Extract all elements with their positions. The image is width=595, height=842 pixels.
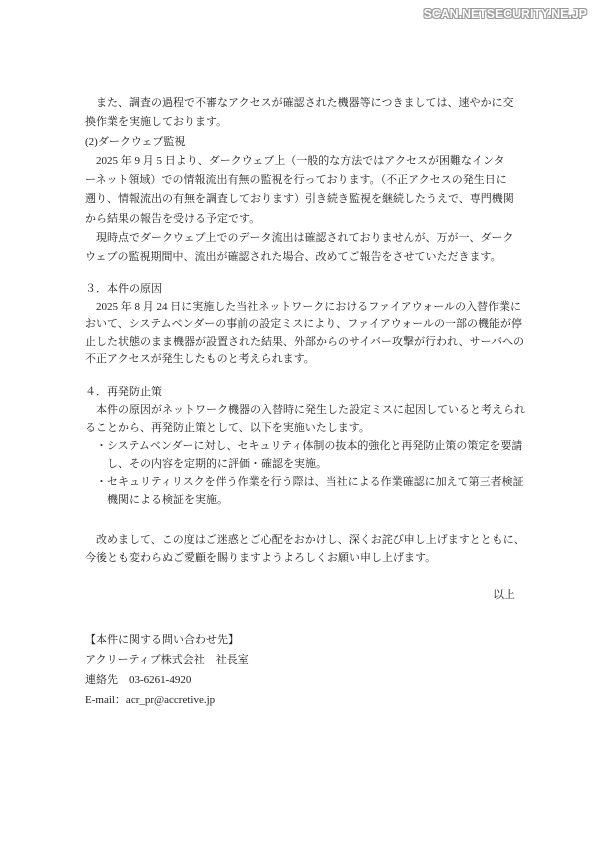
text-line: 遡り、情報流出の有無を調査しております）引き続き監視を継続したうえで、専門機関 [85,190,525,209]
text-line: 連絡先 03-6261-4920 [85,670,525,690]
text-line: E-mail：acr_pr@accretive.jp [85,690,525,710]
text-line: ４．再発防止策 [85,383,525,401]
text-line: ・セキュリティリスクを伴う作業を行う際は、当社による作業確認に加えて第三者検証 [85,473,525,491]
closing-apology-paragraph: 改めまして、この度はご迷惑とご心配をおかけし、深くお詫び申し上げますとともに、今… [85,531,525,568]
document-page: SCAN.NETSECURITY.NE.JP また、調査の過程で不審なアクセスが… [0,0,595,842]
text-line: (2)ダークウェブ監視 [85,133,525,152]
text-line: ウェブの監視期間中、流出が確認された場合、改めてご報告をさせていただきます。 [85,248,525,267]
text-line: 換作業を実施しております。 [85,113,525,132]
text-line: から結果の報告を受ける予定です。 [85,210,525,229]
text-line: 改めまして、この度はご迷惑とご心配をおかけし、深くお詫び申し上げますとともに、 [85,531,525,549]
text-line: 機関による検証を実施。 [85,491,525,509]
section-3-cause: ３．本件の原因2025 年 8 月 24 日に実施した当社ネットワークにおけるフ… [85,281,525,369]
text-line: また、調査の過程で不審なアクセスが確認された機器等につきましては、速やかに交 [85,94,525,113]
signoff-ijou: 以上 [85,586,515,604]
section-4-recurrence-prevention: ４．再発防止策本件の原因がネットワーク機器の入替時に発生した設定ミスに起因してい… [85,383,525,509]
text-line: 止した状態のまま機器が設置された結果、外部からのサイバー攻撃が行われ、サーバへの [85,334,525,352]
text-line: ・システムベンダーに対し、セキュリティ体制の抜本的強化と再発防止策の策定を要請 [85,437,525,455]
text-line: 【本件に関する問い合わせ先】 [85,630,525,650]
text-line: ることから、再発防止策として、以下を実施いたします。 [85,419,525,437]
text-line: 2025 年 9 月 5 日より、ダークウェブ上（一般的な方法ではアクセスが困難… [85,152,525,171]
text-line: 今後とも変わらぬご愛顧を賜りますようよろしくお願い申し上げます。 [85,549,525,567]
text-line: ３．本件の原因 [85,281,525,299]
text-line: おいて、システムベンダーの事前の設定ミスにより、ファイアウォールの一部の機能が停 [85,316,525,334]
text-line: し、その内容を定期的に評価・確認を実施。 [85,455,525,473]
contact-information: 【本件に関する問い合わせ先】アクリーティブ株式会社 社長室連絡先 03-6261… [85,630,525,710]
text-line: 現時点でダークウェブ上でのデータ流出は確認されておりませんが、万が一、ダーク [85,229,525,248]
text-line: ーネット領域）での情報流出有無の監視を行っております。（不正アクセスの発生日に [85,171,525,190]
text-line: 不正アクセスが発生したものと考えられます。 [85,351,525,369]
text-line: 2025 年 8 月 24 日に実施した当社ネットワークにおけるファイアウォール… [85,299,525,317]
text-line: アクリーティブ株式会社 社長室 [85,650,525,670]
text-line: 本件の原因がネットワーク機器の入替時に発生した設定ミスに起因していると考えられ [85,401,525,419]
site-watermark: SCAN.NETSECURITY.NE.JP [424,6,587,21]
paragraph-investigation-and-darkweb-monitoring: また、調査の過程で不審なアクセスが確認された機器等につきましては、速やかに交換作… [85,94,525,268]
